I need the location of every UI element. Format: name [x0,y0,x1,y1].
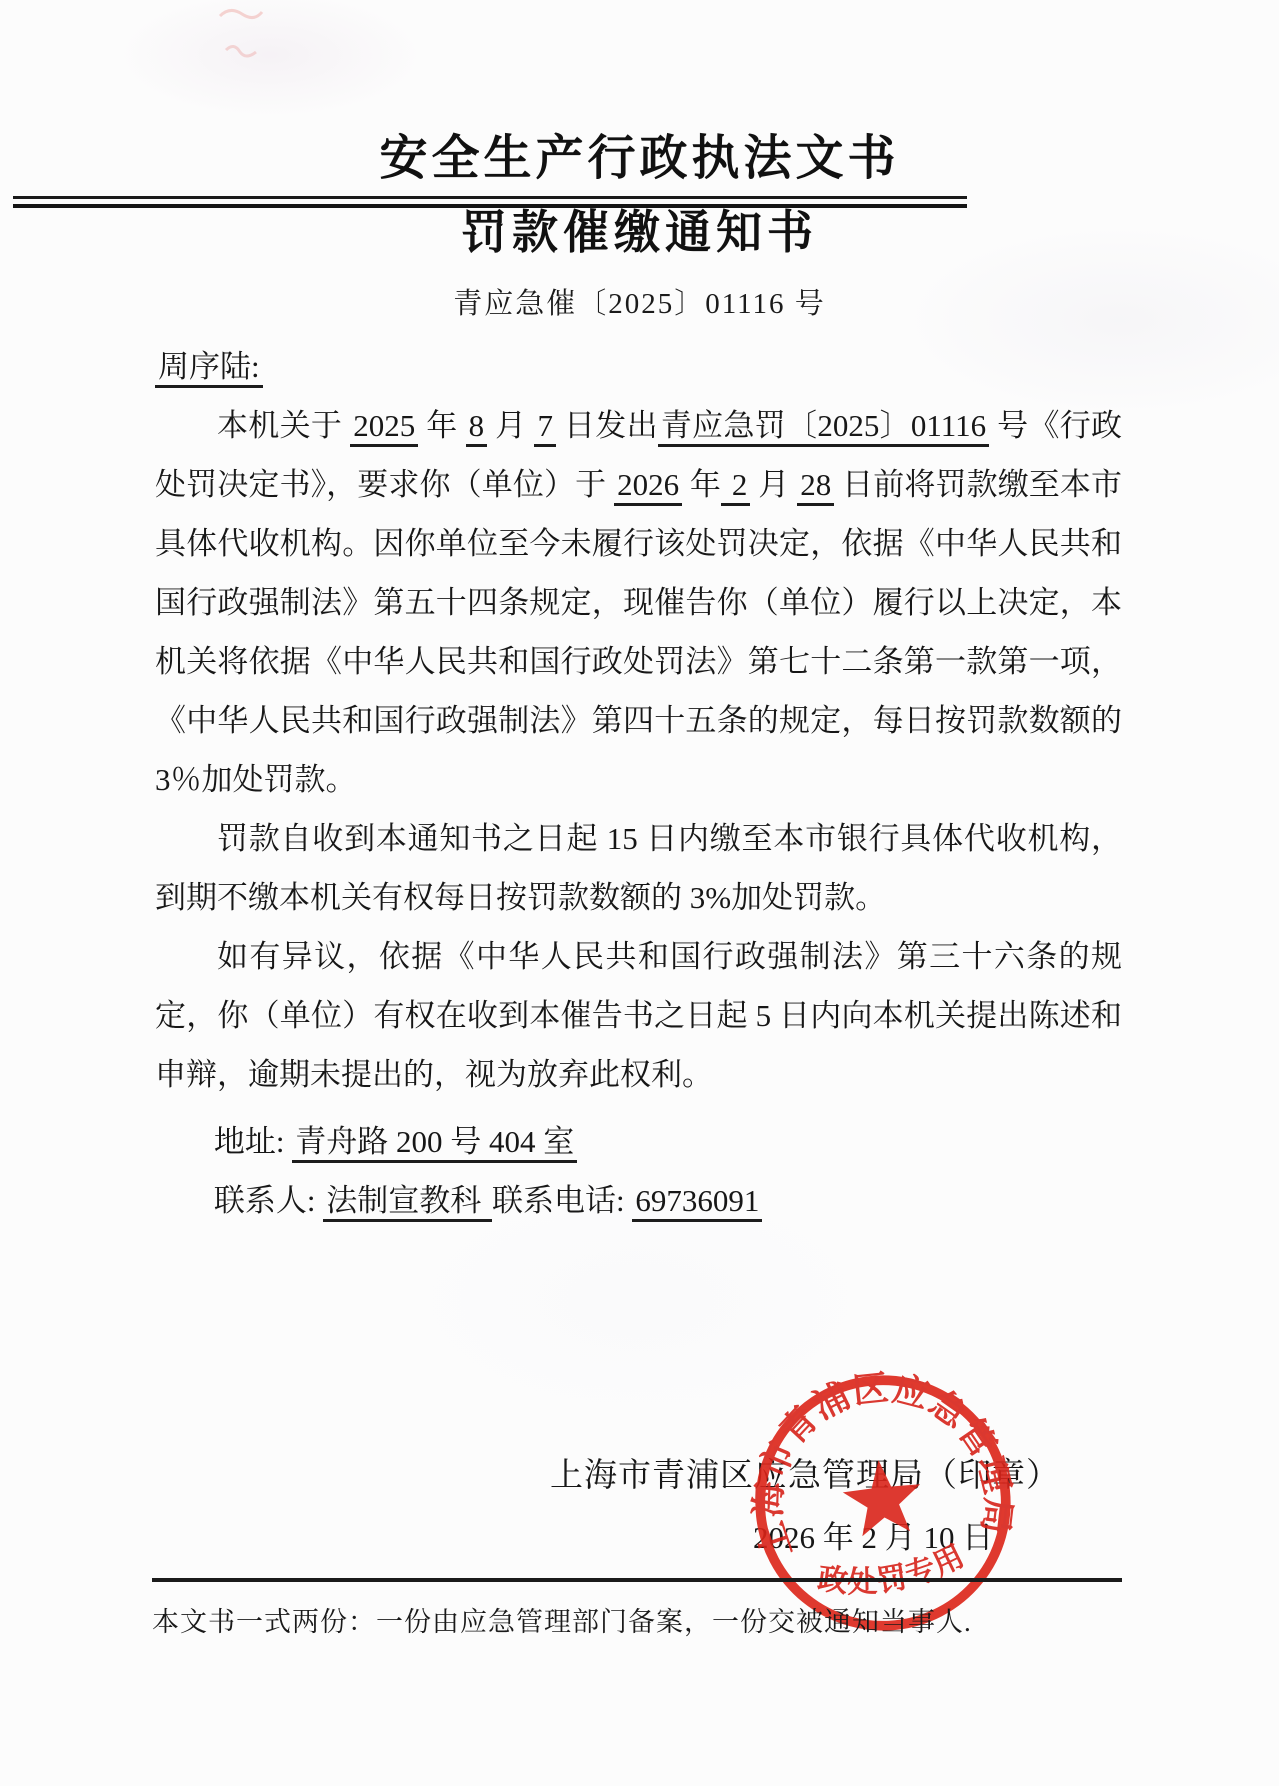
underlined-text-segment: 2 [721,467,750,506]
red-scribble-mark [212,2,272,82]
footer-note: 本文书一式两份：一份由应急管理部门备案，一份交被通知当事人. [152,1596,1152,1648]
paragraph-3: 如有异议，依据《中华人民共和国行政强制法》第三十六条的规定，你（单位）有权在收到… [155,927,1122,1104]
text-segment: 日发出 [556,408,658,443]
addressee-line: 周序陆: [155,337,1122,396]
address-line: 地址: 青舟路 200 号 404 室 [155,1112,1122,1171]
contact-line: 联系人: 法制宣教科 联系电话: 69736091 [155,1171,1122,1230]
document-body: 周序陆: 本机关于 2025 年 8 月 7 日发出青应急罚〔2025〕0111… [155,337,1122,1230]
underlined-text-segment: 69736091 [632,1183,762,1222]
document-number: 青应急催〔2025〕01116 号 [0,284,1279,324]
text-segment: 地址: [214,1124,292,1159]
text-segment: 年 [418,408,465,443]
underlined-text-segment: 7 [534,408,556,447]
paragraph-2: 罚款自收到本通知书之日起 15 日内缴至本市银行具体代收机构，到期不缴本机关有权… [155,809,1122,927]
scanned-document-page: 安全生产行政执法文书 罚款催缴通知书 青应急催〔2025〕01116 号 周序陆… [0,0,1279,1786]
seal-star-icon [840,1456,925,1538]
underlined-text-segment: 2026 [614,467,682,506]
underlined-text-segment: 周序陆: [155,349,263,388]
underlined-text-segment: 8 [466,408,488,447]
text-segment: 如有异议，依据《中华人民共和国行政强制法》第三十六条的规定，你（单位）有权在收到… [155,939,1122,1092]
text-segment: 月 [750,467,797,502]
underlined-text-segment: 法制宣教科 [323,1183,492,1222]
text-segment: 联系电话: [492,1183,632,1218]
text-segment: 年 [682,467,721,502]
document-title: 罚款催缴通知书 [0,206,1279,260]
paragraph-1: 本机关于 2025 年 8 月 7 日发出青应急罚〔2025〕01116 号《行… [155,396,1122,809]
underlined-text-segment: 2025 [350,408,418,447]
text-segment: 本机关于 [217,408,350,443]
text-segment: 日前将罚款缴至本市具体代收机构。因你单位至今未履行该处罚决定，依据《中华人民共和… [155,467,1122,797]
contact-block: 地址: 青舟路 200 号 404 室 联系人: 法制宣教科 联系电话: 697… [155,1112,1122,1230]
text-segment: 月 [487,408,534,443]
text-segment: 罚款自收到本通知书之日起 15 日内缴至本市银行具体代收机构，到期不缴本机关有权… [155,821,1122,915]
document-header-title: 安全生产行政执法文书 [0,132,1279,186]
seal-ring-text: 上海市青浦区应急管理局 [734,1355,1023,1564]
footer-rule [152,1578,1122,1582]
underlined-text-segment: 青应急罚〔2025〕01116 [658,408,989,447]
text-segment: 联系人: [214,1183,323,1218]
underlined-text-segment: 青舟路 200 号 404 室 [292,1124,577,1163]
underlined-text-segment: 28 [797,467,834,506]
